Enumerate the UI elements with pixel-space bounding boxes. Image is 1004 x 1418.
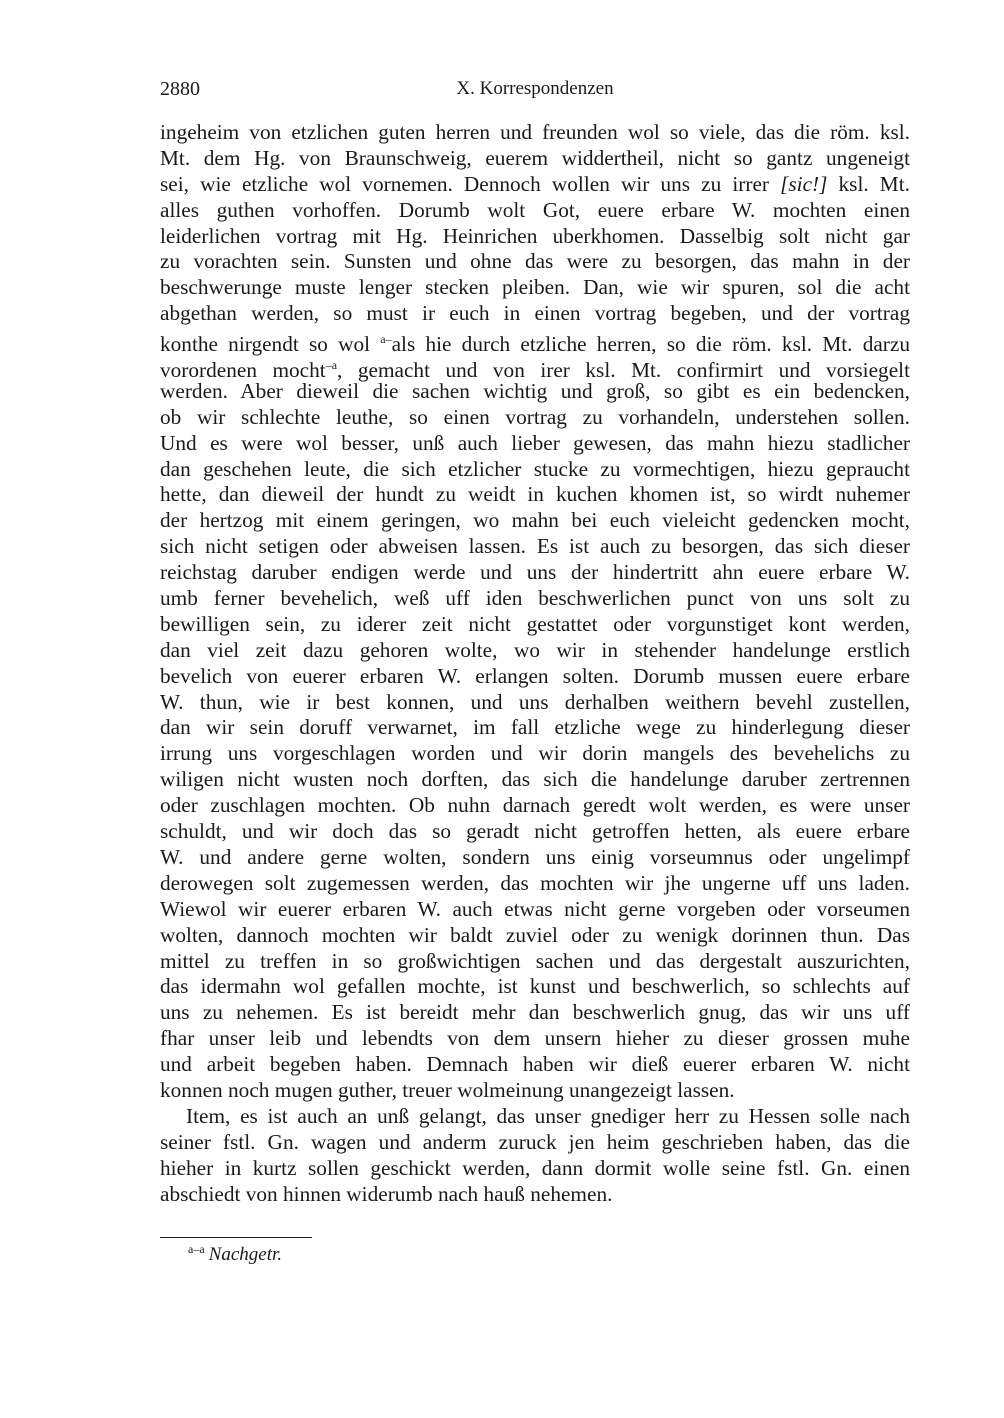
text-line: wiligen nicht wusten noch dorften, das s… [160, 767, 910, 793]
text-line: oder zuschlagen mochten. Ob nuhn darnach… [160, 793, 910, 819]
text-line: irrung uns vorgeschlagen worden und wir … [160, 741, 910, 767]
text-line: seiner fstl. Gn. wagen und anderm zuruck… [160, 1130, 910, 1156]
text-line: zu vorachten sein. Sunsten und ohne das … [160, 249, 910, 275]
text-line: umb ferner bevehelich, weß uff iden besc… [160, 586, 910, 612]
text-line: W. thun, wie ir best konnen, und uns der… [160, 690, 910, 716]
body-text: ingeheim von etzlichen guten herren und … [160, 120, 910, 1207]
text-line: derowegen solt zugemessen werden, das mo… [160, 871, 910, 897]
text-line: Wiewol wir euerer erbaren W. auch etwas … [160, 897, 910, 923]
text-line: Mt. dem Hg. von Braunschweig, euerem wid… [160, 146, 910, 172]
running-header: 2880 X. Korrespondenzen [160, 78, 910, 108]
footnote-marker-close: –a [326, 358, 337, 372]
footnote-mark: a–a [188, 1242, 205, 1256]
text-line: reichstag daruber endigen werde und uns … [160, 560, 910, 586]
text-line: ingeheim von etzlichen guten herren und … [160, 120, 910, 146]
text-line: das idermahn wol gefallen mochte, ist ku… [160, 974, 910, 1000]
text-line: bevelich von euerer erbaren W. erlangen … [160, 664, 910, 690]
text-line: fhar unser leib und lebendts von dem uns… [160, 1026, 910, 1052]
footnote: a–aNachgetr. [188, 1242, 282, 1266]
text-span: ksl. Mt. [827, 172, 910, 196]
text-line: uns zu nehemen. Es ist bereidt mehr dan … [160, 1000, 910, 1026]
text-line: Item, es ist auch an unß gelangt, das un… [160, 1104, 910, 1130]
text-line: abgethan werden, so must ir euch in eine… [160, 301, 910, 327]
footnote-separator [160, 1237, 312, 1238]
text-line: ob wir schlechte leuthe, so einen vortra… [160, 405, 910, 431]
text-span: sei, wie etzliche wol vornemen. Dennoch … [160, 172, 780, 196]
text-line: konthe nirgendt so wol a–als hie durch e… [160, 327, 910, 353]
text-line: dan geschehen leute, die sich etzlicher … [160, 457, 910, 483]
text-line: alles guthen vorhoffen. Dorumb wolt Got,… [160, 198, 910, 224]
text-line: der hertzog mit einem geringen, wo mahn … [160, 508, 910, 534]
text-line: mittel zu treffen in so großwichtigen sa… [160, 949, 910, 975]
text-line: W. und andere gerne wolten, sondern uns … [160, 845, 910, 871]
text-line: werden. Aber dieweil die sachen wichtig … [160, 379, 910, 405]
text-line: schuldt, und wir doch das so geradt nich… [160, 819, 910, 845]
text-line: sei, wie etzliche wol vornemen. Dennoch … [160, 172, 910, 198]
text-line: dan wir sein doruff verwarnet, im fall e… [160, 715, 910, 741]
running-title: X. Korrespondenzen [160, 78, 910, 100]
text-line: hieher in kurtz sollen geschickt werden,… [160, 1156, 910, 1182]
text-line: bewilligen sein, zu iderer zeit nicht ge… [160, 612, 910, 638]
paragraph-1: ingeheim von etzlichen guten herren und … [160, 120, 910, 1104]
text-line: beschwerunge muste lenger stecken pleibe… [160, 275, 910, 301]
text-line: Und es were wol besser, unß auch lieber … [160, 431, 910, 457]
footnote-text: Nachgetr. [209, 1244, 282, 1265]
text-line: und arbeit begeben haben. Demnach haben … [160, 1052, 910, 1078]
editorial-note: [sic!] [780, 172, 827, 196]
text-line: konnen noch mugen guther, treuer wolmein… [160, 1078, 910, 1104]
text-line: dan viel zeit dazu gehoren wolte, wo wir… [160, 638, 910, 664]
paragraph-2: Item, es ist auch an unß gelangt, das un… [160, 1104, 910, 1208]
text-line: abschiedt von hinnen widerumb nach hauß … [160, 1182, 910, 1208]
text-line: vorordenen mocht–a, gemacht und von irer… [160, 353, 910, 379]
text-line: wolten, dannoch mochten wir baldt zuviel… [160, 923, 910, 949]
text-line: sich nicht setigen oder abweisen lassen.… [160, 534, 910, 560]
text-line: leiderlichen vortrag mit Hg. Heinrichen … [160, 224, 910, 250]
footnote-marker-open: a– [380, 332, 391, 346]
text-line: hette, dan dieweil der hundt zu weidt in… [160, 482, 910, 508]
